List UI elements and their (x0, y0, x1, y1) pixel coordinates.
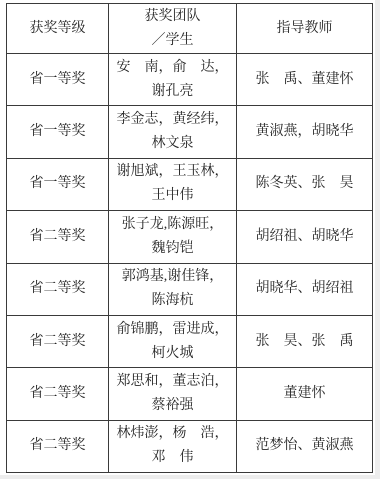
award-level-cell: 省二等奖 (7, 368, 109, 420)
award-level-cell: 省二等奖 (7, 263, 109, 315)
header-row: 获奖等级 获奖团队 ／学生 指导教师 (7, 4, 373, 54)
advisors-cell: 张 昊、张 禹 (237, 315, 373, 367)
advisors-cell: 黄淑燕，胡晓华 (237, 106, 373, 158)
advisors-cell: 胡晓华、胡绍祖 (237, 263, 373, 315)
advisors-cell: 胡绍祖、胡晓华 (237, 211, 373, 263)
award-level-cell: 省二等奖 (7, 420, 109, 472)
advisors-cell: 范梦怡、黄淑燕 (237, 420, 373, 472)
document-page: 获奖等级 获奖团队 ／学生 指导教师 省一等奖 安 南，俞 达， 谢孔亮 张 禹… (0, 0, 380, 479)
team-cell: 郭鸿基,谢佳锋， 陈海杭 (109, 263, 237, 315)
table-row: 省二等奖 林炜澎，杨 浩， 邓 伟 范梦怡、黄淑燕 (7, 420, 373, 472)
table-row: 省一等奖 李金志，黄经纬， 林文泉 黄淑燕，胡晓华 (7, 106, 373, 158)
award-level-cell: 省一等奖 (7, 158, 109, 210)
table-row: 省二等奖 俞锦鹏，雷进成， 柯火城 张 昊、张 禹 (7, 315, 373, 367)
team-cell: 安 南，俞 达， 谢孔亮 (109, 54, 237, 106)
awards-table: 获奖等级 获奖团队 ／学生 指导教师 省一等奖 安 南，俞 达， 谢孔亮 张 禹… (6, 3, 373, 473)
table-row: 省一等奖 谢旭斌，王玉林， 王中伟 陈冬英、张 昊 (7, 158, 373, 210)
team-cell: 林炜澎，杨 浩， 邓 伟 (109, 420, 237, 472)
advisors-cell: 董建怀 (237, 368, 373, 420)
table-row: 省二等奖 郭鸿基,谢佳锋， 陈海杭 胡晓华、胡绍祖 (7, 263, 373, 315)
award-level-cell: 省一等奖 (7, 106, 109, 158)
team-cell: 郑思和，董志泊， 蔡裕强 (109, 368, 237, 420)
column-header-team: 获奖团队 ／学生 (109, 4, 237, 54)
page-edge-bottom (0, 475, 380, 479)
advisors-cell: 陈冬英、张 昊 (237, 158, 373, 210)
team-cell: 李金志，黄经纬， 林文泉 (109, 106, 237, 158)
column-header-award-level: 获奖等级 (7, 4, 109, 54)
table-row: 省一等奖 安 南，俞 达， 谢孔亮 张 禹、董建怀 (7, 54, 373, 106)
team-cell: 俞锦鹏，雷进成， 柯火城 (109, 315, 237, 367)
column-header-advisors: 指导教师 (237, 4, 373, 54)
advisors-cell: 张 禹、董建怀 (237, 54, 373, 106)
table-row: 省二等奖 张子龙,陈源旺， 魏钧铠 胡绍祖、胡晓华 (7, 211, 373, 263)
table-row: 省二等奖 郑思和，董志泊， 蔡裕强 董建怀 (7, 368, 373, 420)
award-level-cell: 省二等奖 (7, 211, 109, 263)
team-cell: 谢旭斌，王玉林， 王中伟 (109, 158, 237, 210)
team-cell: 张子龙,陈源旺， 魏钧铠 (109, 211, 237, 263)
award-level-cell: 省一等奖 (7, 54, 109, 106)
page-edge-right (375, 0, 380, 479)
award-level-cell: 省二等奖 (7, 315, 109, 367)
